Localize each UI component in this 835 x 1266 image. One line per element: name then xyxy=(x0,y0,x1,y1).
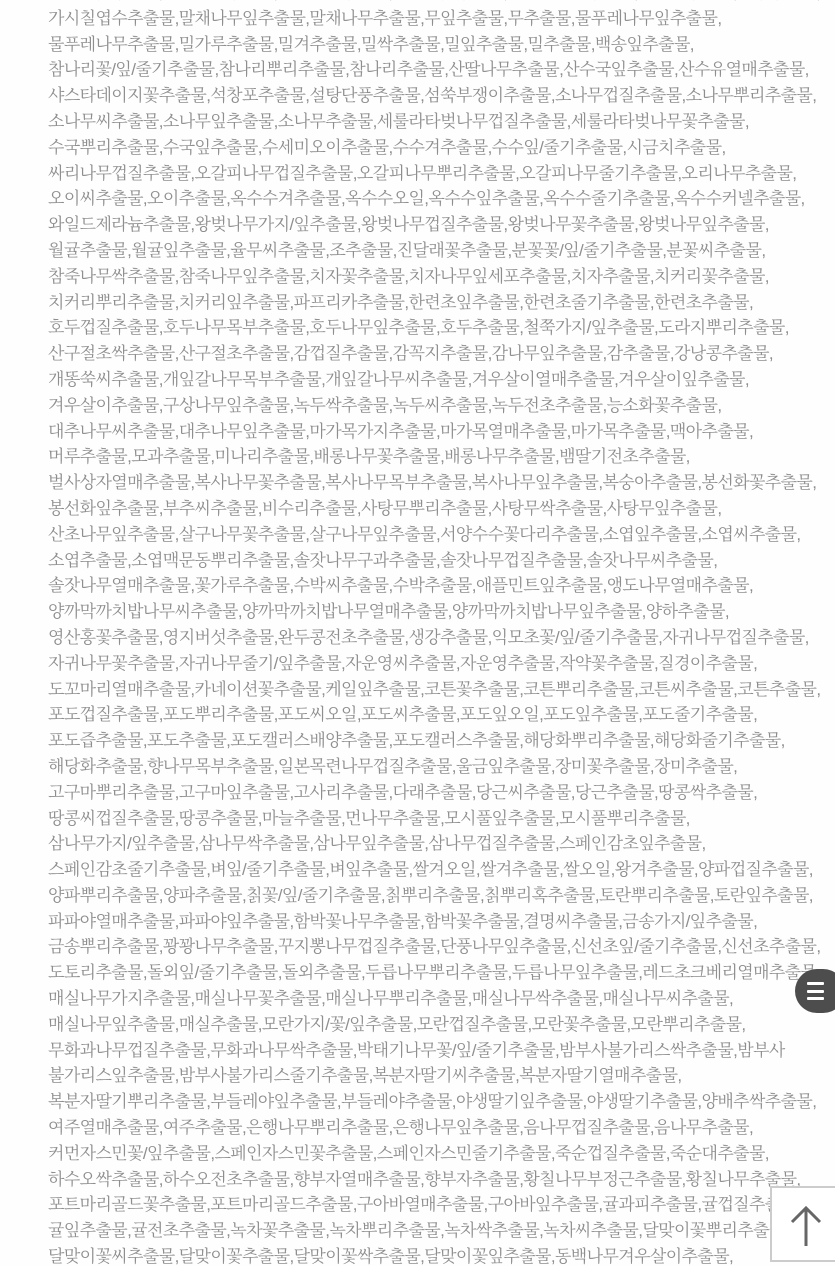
ingredient-line: 커먼자스민꽃/잎추출물,스페인자스민꽃추출물,스페인자스민줄기추출물,죽순껍질추… xyxy=(48,1141,835,1167)
ingredient-line: 도토리추출물,돌외잎/줄기추출물,돌외추출물,두릅나무뿌리추출물,두릅나무잎추출… xyxy=(48,960,835,986)
ingredient-line: 땅콩씨껍질추출물,땅콩추출물,마늘추출물,먼나무추출물,모시풀잎추출물,모시풀뿌… xyxy=(48,806,835,832)
ingredient-line: 호두껍질추출물,호두나무목부추출물,호두나무잎추출물,호두추출물,철쭉가지/잎추… xyxy=(48,315,835,341)
ingredient-line: 양까막까치밥나무씨추출물,양까막까치밥나무열매추출물,양까막까치밥나무잎추출물,… xyxy=(48,599,835,625)
ingredient-line: 싸리나무껍질추출물,오갈피나무껍질추출물,오갈피나무뿌리추출물,오갈피나무줄기추… xyxy=(48,161,835,187)
ingredient-line: 참나리꽃/잎/줄기추출물,참나리뿌리추출물,참나리추출물,산딸나무추출물,산수국… xyxy=(48,57,835,83)
ingredient-line: 복분자딸기뿌리추출물,부들레야잎추출물,부들레야추출물,야생딸기잎추출물,야생딸… xyxy=(48,1089,835,1115)
ingredient-line: 수국뿌리추출물,수국잎추출물,수세미오이추출물,수수겨추출물,수수잎/줄기추출물… xyxy=(48,135,835,161)
ingredient-line: 해당화추출물,향나무목부추출물,일본목련나무껍질추출물,울금잎추출물,장미꽃추출… xyxy=(48,754,835,780)
ingredient-line: 와일드제라늄추출물,왕벚나무가지/잎추출물,왕벚나무껍질추출물,왕벚나무꽃추출물… xyxy=(48,212,835,238)
ingredient-line-clipped: 가시연꽃추출물,가지열매추출물,감초뿌리추출물,개나리꽃추출물,개다래나무추출물… xyxy=(48,0,835,6)
ingredient-line: 도꼬마리열매추출물,카네이션꽃추출물,케일잎추출물,코튼꽃추출물,코튼뿌리추출물… xyxy=(48,677,835,703)
ingredient-line: 치커리뿌리추출물,치커리잎추출물,파프리카추출물,한련초잎추출물,한련초줄기추출… xyxy=(48,290,835,316)
ingredient-line: 금송뿌리추출물,꽝꽝나무추출물,꾸지뽕나무껍질추출물,단풍나무잎추출물,신선초잎… xyxy=(48,934,835,960)
ingredient-line: 매실나무잎추출물,매실추출물,모란가지/꽃/잎추출물,모란껍질추출물,모란꽃추출… xyxy=(48,1012,835,1038)
ingredient-line: 고구마뿌리추출물,고구마잎추출물,고사리추출물,다래추출물,당근씨추출물,당근추… xyxy=(48,780,835,806)
scroll-to-top-button[interactable] xyxy=(770,1186,835,1262)
ingredient-line: 가시칠엽수추출물,말채나무잎추출물,말채나무추출물,무잎추출물,무추출물,물푸레… xyxy=(48,6,835,32)
ingredient-line: 물푸레나무추출물,밀가루추출물,밀겨추출물,밀싹추출물,밀잎추출물,밀추출물,백… xyxy=(48,32,835,58)
ingredient-line: 여주열매추출물,여주추출물,은행나무뿌리추출물,은행나무잎추출물,음나무껍질추출… xyxy=(48,1115,835,1141)
ingredient-line: 포트마리골드꽃추출물,포트마리골드추출물,구아바열매추출물,구아바잎추출물,귤과… xyxy=(48,1192,835,1218)
ingredient-list: 가시연꽃추출물,가지열매추출물,감초뿌리추출물,개나리꽃추출물,개다래나무추출물… xyxy=(48,0,835,1266)
ingredient-line: 양파뿌리추출물,양파추출물,칡꽃/잎/줄기추출물,칡뿌리추출물,칡뿌리혹추출물,… xyxy=(48,883,835,909)
ingredient-line: 솔잣나무열매추출물,꽃가루추출물,수박씨추출물,수박추출물,애플민트잎추출물,앵… xyxy=(48,573,835,599)
ingredient-line: 파파야열매추출물,파파야잎추출물,함박꽃나무추출물,함박꽃추출물,결명씨추출물,… xyxy=(48,909,835,935)
ingredient-line: 오이씨추출물,오이추출물,옥수수겨추출물,옥수수오일,옥수수잎추출물,옥수수줄기… xyxy=(48,186,835,212)
ingredient-line: 산초나무잎추출물,살구나무꽃추출물,살구나무잎추출물,서양수수꽃다리추출물,소엽… xyxy=(48,522,835,548)
ingredient-line: 귤잎추출물,귤전초추출물,녹차꽃추출물,녹차뿌리추출물,녹차싹추출물,녹차씨추출… xyxy=(48,1218,835,1244)
ingredient-line: 포도즙추출물,포도추출물,포도캘러스배양추출물,포도캘러스추출물,해당화뿌리추출… xyxy=(48,728,835,754)
floating-menu-button[interactable] xyxy=(795,969,835,1013)
ingredient-line: 달맞이꽃씨추출물,달맞이꽃추출물,달맞이꽃싹추출물,달맞이꽃잎추출물,동백나무겨… xyxy=(48,1244,835,1266)
ingredient-line: 삼나무가지/잎추출물,삼나무싹추출물,삼나무잎추출물,삼나무껍질추출물,스페인감… xyxy=(48,831,835,857)
ingredient-line: 포도껍질추출물,포도뿌리추출물,포도씨오일,포도씨추출물,포도잎오일,포도잎추출… xyxy=(48,702,835,728)
ingredient-line: 소엽추출물,소엽맥문동뿌리추출물,솔잣나무구과추출물,솔잣나무껍질추출물,솔잣나… xyxy=(48,548,835,574)
ingredient-line: 하수오싹추출물,하수오전초추출물,향부자열매추출물,향부자추출물,황칠나무부정근… xyxy=(48,1167,835,1193)
ingredient-line: 영산홍꽃추출물,영지버섯추출물,완두콩전초추출물,생강추출물,익모초꽃/잎/줄기… xyxy=(48,625,835,651)
ingredient-line: 대추나무씨추출물,대추나무잎추출물,마가목가지추출물,마가목열매추출물,마가목추… xyxy=(48,419,835,445)
ingredient-line: 머루추출물,모과추출물,미나리추출물,배롱나무꽃추출물,배롱나무추출물,뱀딸기전… xyxy=(48,444,835,470)
hamburger-icon xyxy=(807,982,824,1000)
ingredient-line: 산구절초싹추출물,산구절초추출물,감껍질추출물,감꼭지추출물,감나무잎추출물,감… xyxy=(48,341,835,367)
ingredient-line: 개똥쑥씨추출물,개잎갈나무목부추출물,개잎갈나무씨추출물,겨우살이열매추출물,겨… xyxy=(48,367,835,393)
ingredient-line: 자귀나무꽃추출물,자귀나무줄기/잎추출물,자운영씨추출물,자운영추출물,작약꽃추… xyxy=(48,651,835,677)
ingredient-line: 스페인감초줄기추출물,벼잎/줄기추출물,벼잎추출물,쌀겨오일,쌀겨추출물,쌀오일… xyxy=(48,857,835,883)
ingredient-line: 봉선화잎추출물,부추씨추출물,비수리추출물,사탕무뿌리추출물,사탕무싹추출물,사… xyxy=(48,496,835,522)
ingredient-line: 샤스타데이지꽃추출물,석창포추출물,설탕단풍추출물,섬쑥부쟁이추출물,소나무껍질… xyxy=(48,83,835,109)
ingredient-line: 소나무씨추출물,소나무잎추출물,소나무추출물,세룰라타벚나무껍질추출물,세룰라타… xyxy=(48,109,835,135)
ingredient-line: 무화과나무껍질추출물,무화과나무싹추출물,박태기나무꽃/잎/줄기추출물,밤부사불… xyxy=(48,1038,835,1064)
arrow-up-icon xyxy=(784,1200,828,1250)
ingredient-line: 월귤추출물,월귤잎추출물,율무씨추출물,조추출물,진달래꽃추출물,분꽃꽃/잎/줄… xyxy=(48,238,835,264)
ingredient-line: 불가리스잎추출물,밤부사불가리스줄기추출물,복분자딸기씨추출물,복분자딸기열매추… xyxy=(48,1063,835,1089)
ingredient-line: 벌사상자열매추출물,복사나무꽃추출물,복사나무목부추출물,복사나무잎추출물,복숭… xyxy=(48,470,835,496)
ingredient-line: 겨우살이추출물,구상나무잎추출물,녹두싹추출물,녹두씨추출물,녹두전초추출물,능… xyxy=(48,393,835,419)
ingredient-line: 매실나무가지추출물,매실나무꽃추출물,매실나무뿌리추출물,매실나무싹추출물,매실… xyxy=(48,986,835,1012)
ingredient-line: 참죽나무싹추출물,참죽나무잎추출물,치자꽃추출물,치자나무잎세포추출물,치자추출… xyxy=(48,264,835,290)
